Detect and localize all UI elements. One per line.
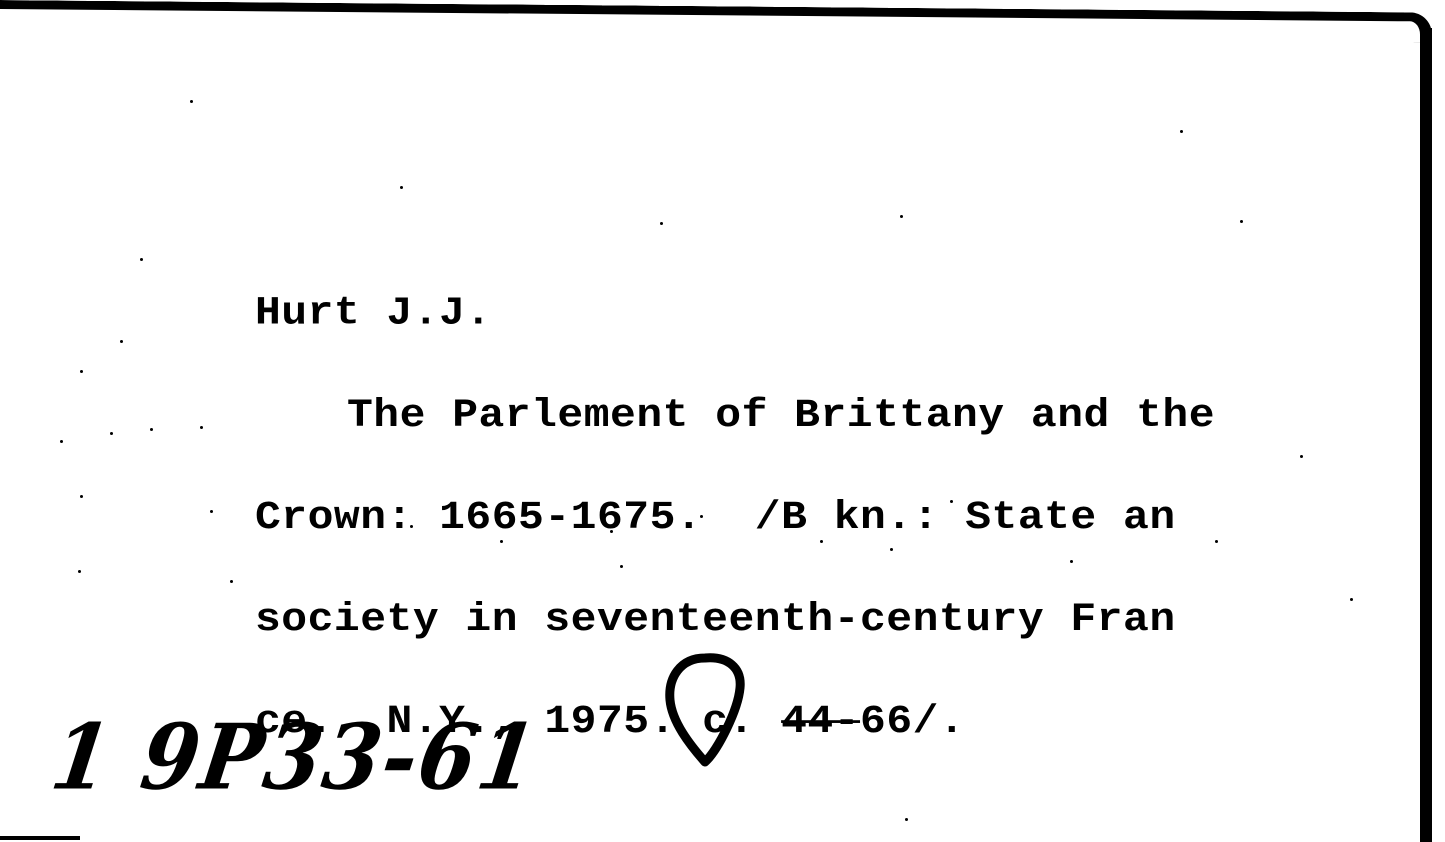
title-line: The Parlement of Brittany and the: [255, 398, 1215, 432]
struck-page-number: 44-: [781, 699, 860, 744]
publication-line-2: Crown: 1665-1675. /B kn.: State an: [255, 500, 1215, 534]
publication-line-3: society in seventeenth-century Fran: [255, 602, 1215, 636]
author-line: Hurt J.J.: [255, 296, 1215, 330]
card-border-right: [1420, 28, 1432, 842]
page-range: 66/.: [860, 699, 965, 744]
handwritten-circle-mark: [660, 650, 750, 770]
card-border-top: [0, 0, 1432, 42]
handwritten-shelfmark: 1 9P33-61: [45, 705, 544, 811]
card-border-bottom: [0, 836, 80, 840]
